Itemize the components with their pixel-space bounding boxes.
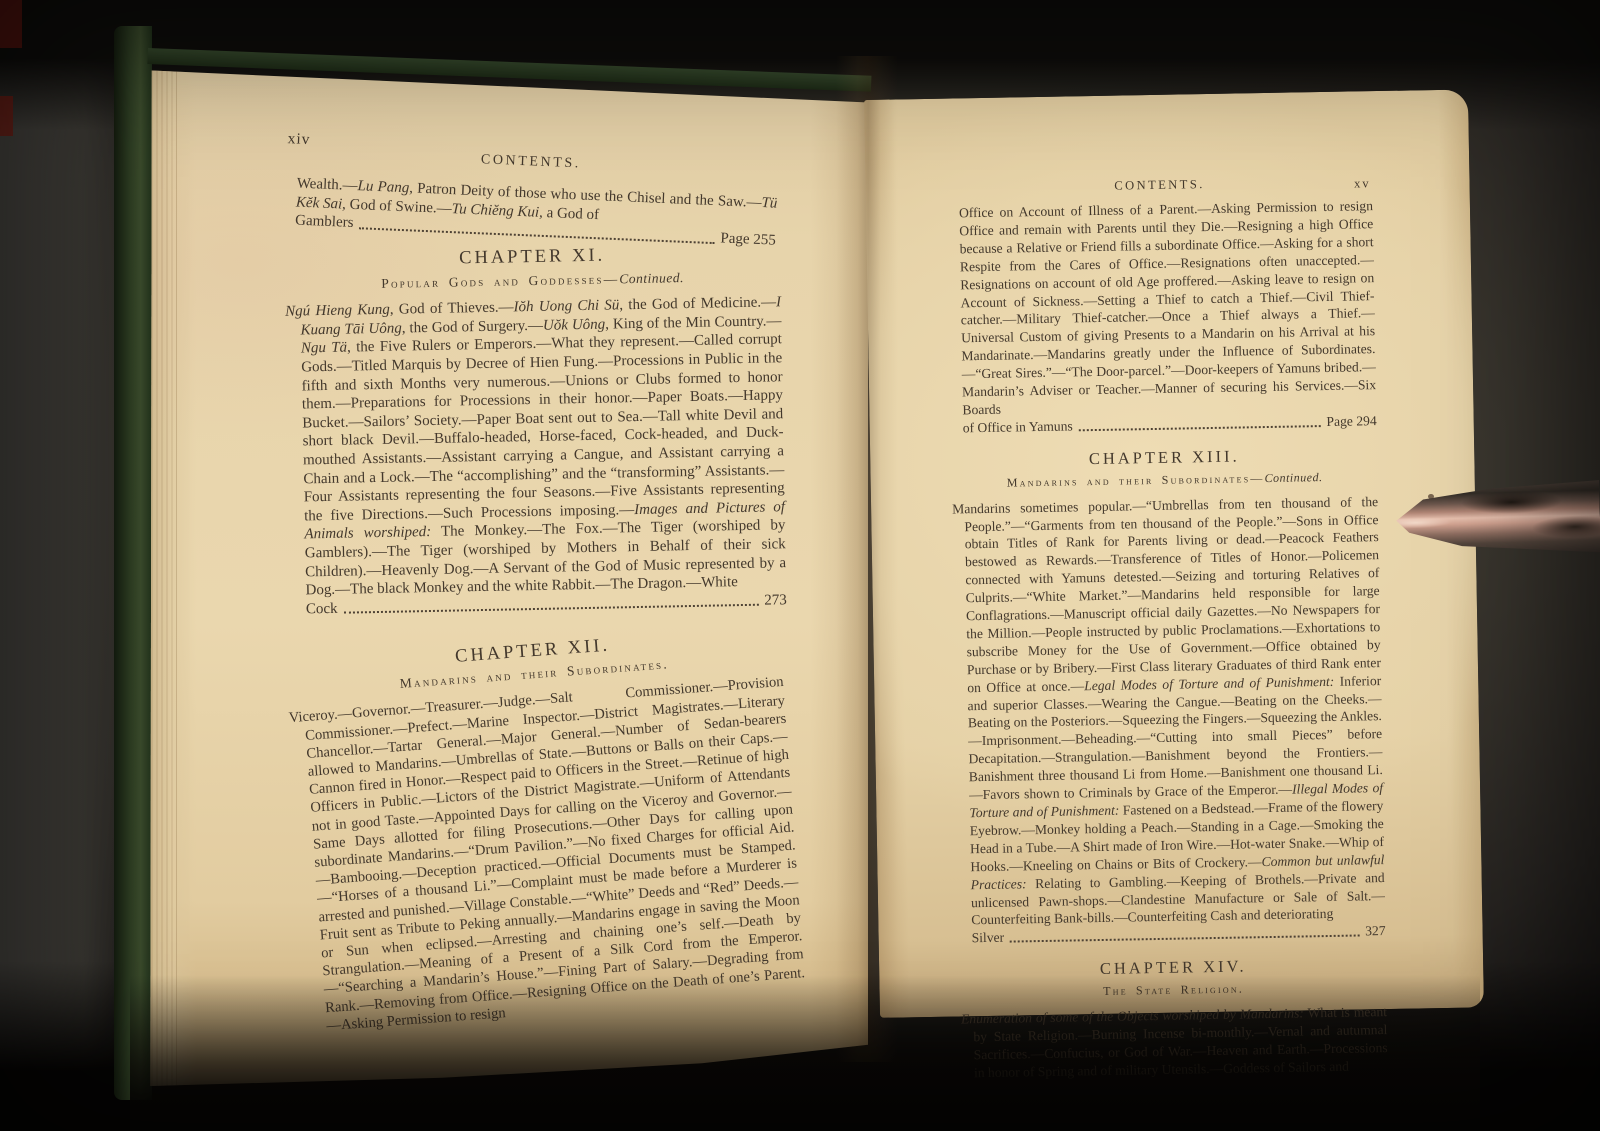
page-ref: 327 <box>1365 922 1386 940</box>
leader-dots <box>344 604 759 614</box>
right-running-head: CONTENTS. <box>946 173 1372 198</box>
left-page-header: xiv CONTENTS. <box>283 130 780 181</box>
tail-lead: Cock <box>306 599 338 618</box>
chapter-subtitle-text: Mandarins and their Subordinates— <box>1007 471 1265 489</box>
page-ref: Page 294 <box>1326 412 1377 431</box>
chapter-subtitle-continued: Continued. <box>619 270 684 286</box>
toc-paragraph-chapter-xii-end: Office on Account of Illness of a Parent… <box>959 197 1377 419</box>
chapter-title: CHAPTER XIII. <box>951 445 1377 470</box>
left-block-chapter-xii: CHAPTER XII. Mandarins and their Subordi… <box>285 624 807 1036</box>
chapter-subtitle-text: The State Religion. <box>1103 982 1244 998</box>
book-cover-edge <box>114 26 152 1100</box>
left-page: xiv CONTENTS. Wealth.—Lu Pang, Patron De… <box>146 54 868 1086</box>
edge-red-mark <box>0 0 22 48</box>
left-block-chapter-xi: CHAPTER XI. Popular Gods and Goddesses—C… <box>284 243 787 619</box>
leader-dots <box>1010 935 1359 943</box>
chapter-subtitle: Mandarins and their Subordinates—Continu… <box>952 468 1378 493</box>
tail-lead: of Office in Yamuns <box>963 417 1073 437</box>
leader-dots <box>1079 425 1321 431</box>
chapter-title: CHAPTER XIV. <box>960 955 1386 980</box>
edge-red-mark <box>0 96 13 136</box>
toc-paragraph-chapter-xiii: Mandarins sometimes popular.—“Umbrellas … <box>964 493 1385 930</box>
chapter-subtitle-text: Popular Gods and Goddesses— <box>381 271 619 291</box>
photo-scene: xiv CONTENTS. Wealth.—Lu Pang, Patron De… <box>0 0 1600 1131</box>
chapter-subtitle: Popular Gods and Goddesses—Continued. <box>284 267 780 295</box>
page-ref: 273 <box>764 591 787 610</box>
toc-paragraph-chapter-xiv: Enumeration of some of the Objects worsh… <box>973 1003 1388 1082</box>
toc-paragraph-chapter-xi: Ngú Hieng Kung, God of Thieves.—Iŏh Uong… <box>300 293 787 600</box>
right-page-text: CONTENTS. xv Office on Account of Illnes… <box>946 171 1388 1082</box>
tail-lead: Gamblers <box>295 212 354 233</box>
toc-paragraph-chapter-xii: Viceroy.—Governor.—Treasurer.—Judge.—Sal… <box>303 673 807 1035</box>
left-block-top: xiv CONTENTS. Wealth.—Lu Pang, Patron De… <box>280 130 780 250</box>
chapter-subtitle-continued: Continued. <box>1264 470 1322 485</box>
chapter-subtitle: The State Religion. <box>960 978 1386 1003</box>
tail-lead: Silver <box>971 929 1004 947</box>
chapter-title: CHAPTER XI. <box>284 243 780 271</box>
leader-dots <box>359 227 714 244</box>
right-page: CONTENTS. xv Office on Account of Illnes… <box>864 89 1484 1017</box>
right-page-number: xv <box>1354 175 1371 193</box>
